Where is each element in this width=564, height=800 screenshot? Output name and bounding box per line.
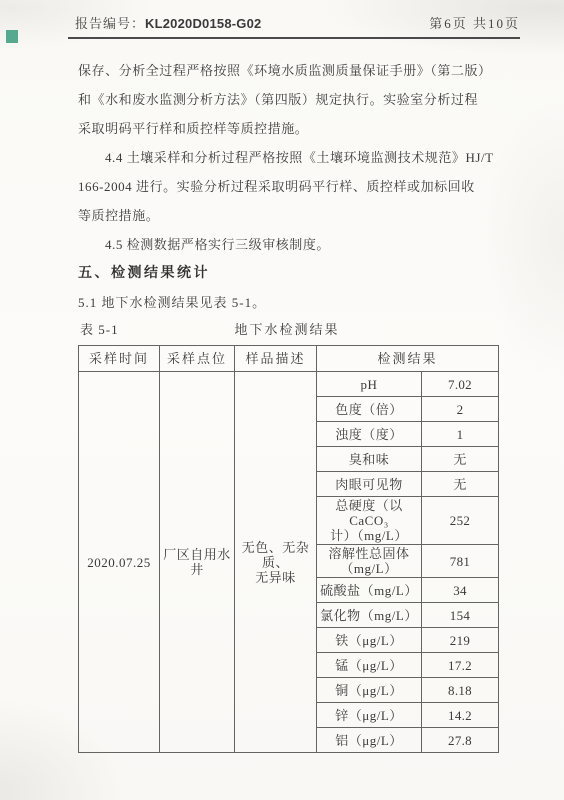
result-value-cell: 14.2 <box>422 703 499 728</box>
parameter-cell: 溶解性总固体 （mg/L） <box>317 545 422 578</box>
body-text-line: 166-2004 进行。实验分析过程采取明码平行样、质控样或加标回收 <box>78 172 496 201</box>
sample-time-cell: 2020.07.25 <box>79 372 160 753</box>
parameter-cell: 总硬度（以 CaCO₃ 计）（mg/L） <box>317 497 422 545</box>
result-value-cell: 17.2 <box>422 653 499 678</box>
body-text-line: 4.5 检测数据严格实行三级审核制度。 <box>78 230 496 259</box>
result-value-cell: 1 <box>422 422 499 447</box>
col-header-sample-description: 样品描述 <box>235 346 317 372</box>
parameter-cell: 铝（μg/L） <box>317 728 422 753</box>
results-table: 采样时间 采样点位 样品描述 检测结果 2020.07.25厂区自用水 井无色、… <box>78 345 499 753</box>
results-table-body: 2020.07.25厂区自用水 井无色、无杂质、 无异味pH7.02色度（倍）2… <box>79 372 499 753</box>
body-paragraphs: 保存、分析全过程严格按照《环境水质监测质量保证手册》（第二版）和《水和废水监测分… <box>78 56 496 259</box>
report-number-value: KL2020D0158-G02 <box>145 16 261 31</box>
report-number: 报告编号：KL2020D0158-G02 <box>75 13 261 32</box>
result-value-cell: 无 <box>422 472 499 497</box>
result-value-cell: 2 <box>422 397 499 422</box>
col-header-results: 检测结果 <box>317 346 499 372</box>
result-value-cell: 781 <box>422 545 499 578</box>
sample-location-cell: 厂区自用水 井 <box>160 372 235 753</box>
result-value-cell: 27.8 <box>422 728 499 753</box>
result-value-cell: 252 <box>422 497 499 545</box>
paragraph: 4.5 检测数据严格实行三级审核制度。 <box>78 230 496 259</box>
table-row: 2020.07.25厂区自用水 井无色、无杂质、 无异味pH7.02 <box>79 372 499 397</box>
result-value-cell: 34 <box>422 578 499 603</box>
parameter-cell: 铁（μg/L） <box>317 628 422 653</box>
table-caption-title: 地下水检测结果 <box>78 317 496 343</box>
parameter-cell: 锰（μg/L） <box>317 653 422 678</box>
report-page: 报告编号：KL2020D0158-G02 第6页 共10页 保存、分析全过程严格… <box>0 0 564 800</box>
body-text-line: 采取明码平行样和质控样等质控措施。 <box>78 114 496 143</box>
section-intro: 5.1 地下水检测结果见表 5-1。 <box>78 288 496 317</box>
paragraph: 4.4 土壤采样和分析过程严格按照《土壤环境监测技术规范》HJ/T166-200… <box>78 143 496 230</box>
parameter-cell: 色度（倍） <box>317 397 422 422</box>
scan-artifact <box>6 30 18 43</box>
parameter-cell: 浊度（度） <box>317 422 422 447</box>
parameter-cell: 臭和味 <box>317 447 422 472</box>
result-value-cell: 219 <box>422 628 499 653</box>
page-header: 报告编号：KL2020D0158-G02 第6页 共10页 <box>75 13 520 32</box>
paragraph: 保存、分析全过程严格按照《环境水质监测质量保证手册》（第二版）和《水和废水监测分… <box>78 56 496 143</box>
body-text-line: 等质控措施。 <box>78 201 496 230</box>
parameter-cell: 肉眼可见物 <box>317 472 422 497</box>
page-indicator: 第6页 共10页 <box>429 13 520 32</box>
result-value-cell: 7.02 <box>422 372 499 397</box>
body-text-line: 4.4 土壤采样和分析过程严格按照《土壤环境监测技术规范》HJ/T <box>78 143 496 172</box>
col-header-sample-time: 采样时间 <box>79 346 160 372</box>
sample-description-cell: 无色、无杂质、 无异味 <box>235 372 317 753</box>
report-number-label: 报告编号： <box>75 16 145 31</box>
body-text-line: 和《水和废水监测分析方法》（第四版）规定执行。实验室分析过程 <box>78 85 496 114</box>
parameter-cell: 硫酸盐（mg/L） <box>317 578 422 603</box>
body-text-line: 保存、分析全过程严格按照《环境水质监测质量保证手册》（第二版） <box>78 56 496 85</box>
result-value-cell: 8.18 <box>422 678 499 703</box>
parameter-cell: 氯化物（mg/L） <box>317 603 422 628</box>
col-header-sample-location: 采样点位 <box>160 346 235 372</box>
section-heading: 五、检测结果统计 <box>78 259 496 288</box>
header-rule <box>68 37 520 39</box>
result-value-cell: 无 <box>422 447 499 472</box>
document-body: 保存、分析全过程严格按照《环境水质监测质量保证手册》（第二版）和《水和废水监测分… <box>78 56 496 753</box>
parameter-cell: 铜（μg/L） <box>317 678 422 703</box>
table-caption: 表 5-1 地下水检测结果 <box>78 317 496 345</box>
result-value-cell: 154 <box>422 603 499 628</box>
parameter-cell: pH <box>317 372 422 397</box>
parameter-cell: 锌（μg/L） <box>317 703 422 728</box>
table-header-row: 采样时间 采样点位 样品描述 检测结果 <box>79 346 499 372</box>
